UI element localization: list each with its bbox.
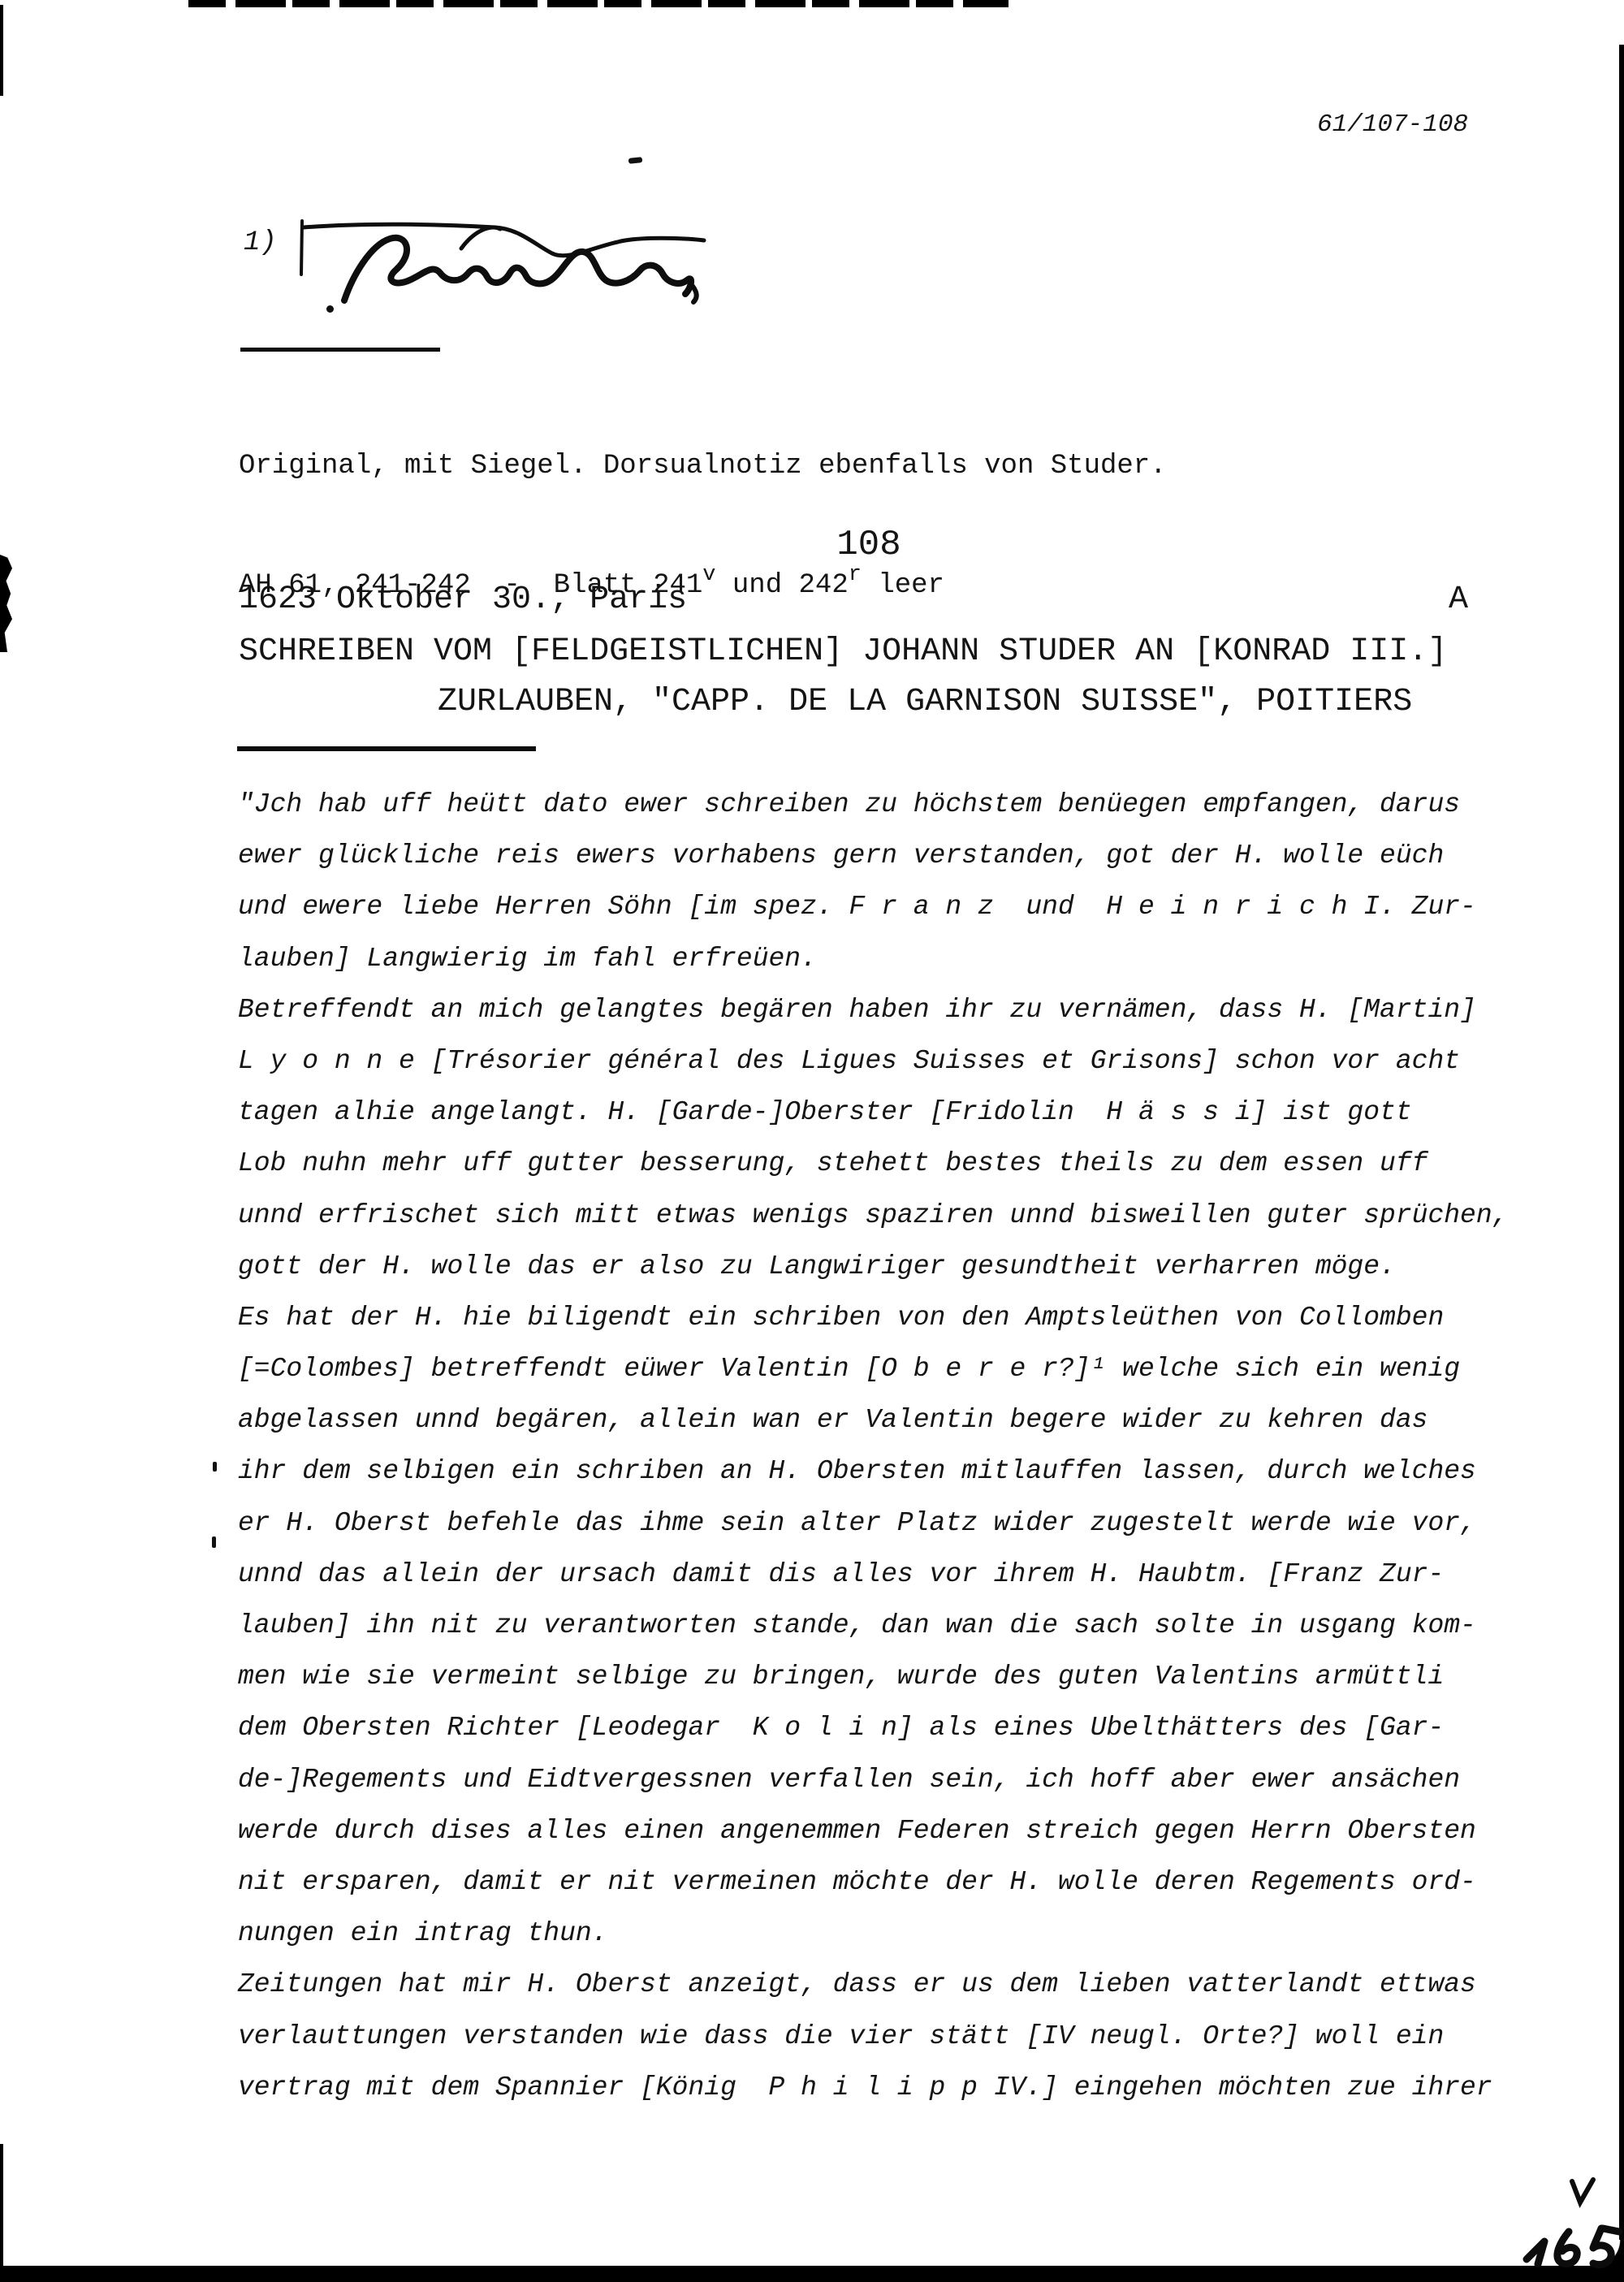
- transcription-line: er H. Oberst befehle das ihme sein alter…: [238, 1508, 1529, 1559]
- stray-pen-mark: [628, 157, 643, 164]
- transcription-line: verlauttungen verstanden wie dass die vi…: [238, 2021, 1529, 2072]
- document-title-line2: ZURLAUBEN, "CAPP. DE LA GARNISON SUISSE"…: [438, 684, 1412, 720]
- transcription-line: lauben] ihn nit zu verantworten stande, …: [238, 1610, 1529, 1662]
- scan-mark-left: [0, 555, 12, 652]
- transcription-line: Betreffendt an mich gelangtes begären ha…: [238, 995, 1529, 1046]
- transcription-line: unnd erfrischet sich mitt etwas wenigs s…: [238, 1200, 1529, 1251]
- transcription-line: nungen ein intrag thun.: [238, 1918, 1529, 1969]
- folio-reference: 61/107-108: [1317, 110, 1468, 139]
- transcription-line: unnd das allein der ursach damit dis all…: [238, 1559, 1529, 1610]
- transcription-line: tagen alhie angelangt. H. [Garde-]Oberst…: [238, 1097, 1529, 1148]
- transcription-line: vertrag mit dem Spannier [König P h i l …: [238, 2072, 1529, 2124]
- source-note-line1: Original, mit Siegel. Dorsualnotiz ebenf…: [239, 447, 1167, 486]
- scan-edge-left-bottom: [0, 2144, 3, 2282]
- signature-handwriting: [294, 210, 716, 315]
- transcription-line: werde durch dises alles einen angenemmen…: [238, 1816, 1529, 1867]
- scan-edge-right: [1619, 45, 1624, 2282]
- document-number: 108: [239, 525, 1499, 565]
- document-title-line1: SCHREIBEN VOM [FELDGEISTLICHEN] JOHANN S…: [239, 633, 1447, 670]
- scan-speck: [213, 1462, 217, 1472]
- transcription-line: L y o n n e [Trésorier général des Ligue…: [238, 1046, 1529, 1097]
- transcription-body: "Jch hab uff heütt dato ewer schreiben z…: [238, 789, 1529, 2124]
- scan-edge-bottom: [0, 2266, 1624, 2282]
- transcription-line: abgelassen unnd begären, allein wan er V…: [238, 1405, 1529, 1456]
- transcription-line: dem Obersten Richter [Leodegar K o l i n…: [238, 1713, 1529, 1764]
- divider-rule-header: [237, 746, 536, 751]
- handwritten-number-165: [1520, 2207, 1624, 2274]
- transcription-line: Es hat der H. hie biligendt ein schriben…: [238, 1303, 1529, 1354]
- transcription-line: und ewere liebe Herren Söhn [im spez. F …: [238, 892, 1529, 943]
- handwritten-letter-v: [1566, 2175, 1601, 2209]
- scan-edge-left-top: [0, 5, 3, 96]
- scan-edge-top: [188, 0, 1009, 7]
- date-place: 1623 Oktober 30., Paris: [239, 581, 687, 618]
- date-row: 1623 Oktober 30., Paris A: [239, 581, 1499, 618]
- scanned-document-page: 61/107-108 1) Original, mit Siegel. Dors…: [0, 0, 1624, 2282]
- transcription-line: "Jch hab uff heütt dato ewer schreiben z…: [238, 789, 1529, 841]
- transcription-line: Zeitungen hat mir H. Oberst anzeigt, das…: [238, 1969, 1529, 2021]
- scan-speck: [212, 1536, 216, 1548]
- transcription-line: Lob nuhn mehr uff gutter besserung, steh…: [238, 1148, 1529, 1199]
- transcription-line: de-]Regements und Eidtvergessnen verfall…: [238, 1765, 1529, 1816]
- transcription-line: gott der H. wolle das er also zu Langwir…: [238, 1251, 1529, 1303]
- transcription-line: lauben] Langwierig im fahl erfreüen.: [238, 944, 1529, 995]
- divider-rule-top: [240, 348, 440, 352]
- copy-letter: A: [1449, 581, 1468, 618]
- transcription-line: ihr dem selbigen ein schriben an H. Ober…: [238, 1456, 1529, 1507]
- transcription-line: nit ersparen, damit er nit vermeinen möc…: [238, 1867, 1529, 1918]
- transcription-line: [=Colombes] betreffendt eüwer Valentin […: [238, 1354, 1529, 1405]
- transcription-line: ewer glückliche reis ewers vorhabens ger…: [238, 841, 1529, 892]
- transcription-line: men wie sie vermeint selbige zu bringen,…: [238, 1662, 1529, 1713]
- footnote-number-label: 1): [244, 227, 277, 258]
